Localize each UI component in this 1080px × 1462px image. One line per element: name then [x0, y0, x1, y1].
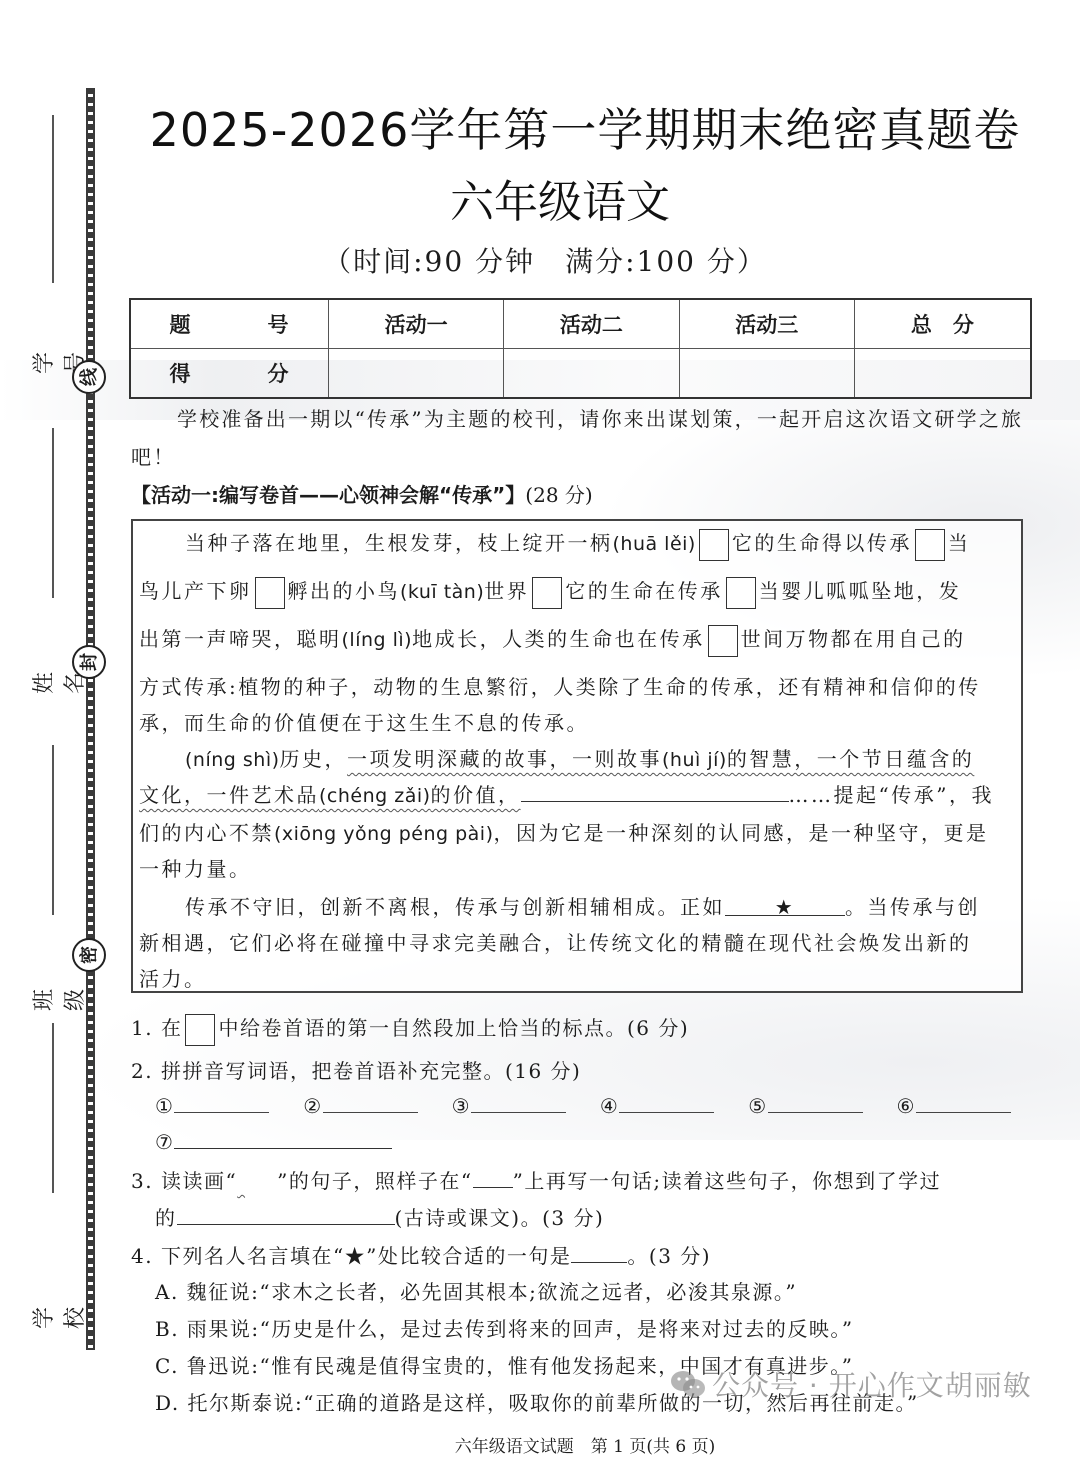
answer-slot[interactable]: ②: [303, 1094, 417, 1118]
pinyin: (níng shì): [185, 749, 280, 771]
text: 。(3 分): [627, 1244, 711, 1268]
question-1: 1. 在中给卷首语的第一自然段加上恰当的标点。(6 分): [131, 1012, 689, 1046]
passage-line: 方式传承:植物的种子，动物的生息繁衍，人类除了生命的传承，还有精神和信仰的传: [139, 671, 981, 700]
activity-points: (28 分): [525, 483, 592, 507]
passage-line: 传承不守旧，创新不离根，传承与创新相辅相成。正如★。当传承与创: [139, 891, 980, 920]
star-icon: ★: [775, 895, 795, 919]
column-header: 活动二: [504, 299, 679, 349]
column-header: 活动三: [679, 299, 854, 349]
wavy-underlined-text: 的智慧，一个节日蕴含的: [727, 747, 975, 771]
passage-line: (níng shì)历史，一项发明深藏的故事，一则故事(huì jí)的智慧，一…: [139, 743, 974, 772]
passage-line: 文化，一件艺术品(chéng zǎi)的价值，……提起“传承”，我: [139, 779, 994, 808]
punctuation-box[interactable]: [699, 529, 729, 561]
text: 们的内心不禁: [139, 821, 274, 845]
table-row: 题 号 活动一 活动二 活动三 总 分: [130, 299, 1031, 349]
row-label: 题 号: [130, 299, 329, 349]
answer-slot[interactable]: ⑦: [155, 1128, 392, 1154]
field-class: 班 级: [27, 963, 89, 1023]
wavy-sample: [237, 1169, 277, 1193]
passage-line: 活力。: [139, 963, 207, 992]
passage-box: 当种子落在地里，生根发芽，枝上绽开一柄(huā lěi)它的生命得以传承当 鸟儿…: [131, 519, 1023, 993]
answer-slot[interactable]: ⑥: [896, 1094, 1010, 1118]
answer-slot[interactable]: ⑤: [748, 1094, 862, 1118]
text: ……提起“传承”，我: [789, 783, 994, 807]
text: 3. 读读画“: [131, 1169, 237, 1193]
passage-line: 当种子落在地里，生根发芽，枝上绽开一柄(huā lěi)它的生命得以传承当: [139, 527, 970, 561]
answer-line: [52, 428, 54, 598]
answer-line[interactable]: [177, 1204, 395, 1225]
text: 1. 在: [131, 1016, 182, 1040]
text: 的: [155, 1206, 177, 1230]
slot-number: ③: [452, 1094, 471, 1118]
seal-line: 线: [72, 360, 106, 394]
text: 历史，: [280, 747, 348, 771]
seal-secret: 密: [72, 938, 106, 972]
text: 当: [948, 531, 971, 555]
text: ，因为它是一种深刻的认同感，是一种坚守，更是: [494, 821, 989, 845]
wavy-underlined-text: 文化，一件艺术品: [139, 783, 319, 807]
pinyin: (kuī tàn): [400, 581, 484, 603]
answer-line: [52, 115, 54, 283]
slot-number: ⑤: [748, 1094, 767, 1118]
slot-number: ②: [303, 1094, 322, 1118]
punctuation-box[interactable]: [708, 625, 738, 657]
text: 它的生命得以传承: [732, 531, 912, 555]
watermark: 公众号 · 开心作文胡丽敏: [712, 1364, 1032, 1404]
punctuation-box[interactable]: [726, 577, 756, 609]
activity-heading: 【活动一:编写卷首——心领神会解“传承”】(28 分): [131, 479, 593, 508]
punctuation-box[interactable]: [532, 577, 562, 609]
passage-line: 一种力量。: [139, 853, 252, 882]
text: 当婴儿呱呱坠地，发: [759, 579, 962, 603]
quote-blank[interactable]: ★: [725, 895, 845, 916]
score-cell[interactable]: [679, 349, 854, 399]
text: 孵出的小鸟: [288, 579, 401, 603]
answer-line[interactable]: [174, 1128, 392, 1149]
row-label: 得 分: [130, 349, 329, 399]
answer-slot[interactable]: ③: [452, 1094, 566, 1118]
answer-slot[interactable]: ④: [600, 1094, 714, 1118]
page-footer: 六年级语文试题 第 1 页(共 6 页): [0, 1432, 1080, 1457]
score-cell[interactable]: [329, 349, 504, 399]
pinyin: (xiōng yǒng péng pài): [274, 823, 494, 845]
slot-number: ⑦: [155, 1130, 174, 1154]
pinyin: (chéng zǎi): [319, 785, 431, 807]
score-table: 题 号 活动一 活动二 活动三 总 分 得 分: [129, 298, 1032, 399]
column-header: 活动一: [329, 299, 504, 349]
text: 世界: [484, 579, 529, 603]
blank-sample: [473, 1167, 513, 1188]
passage-line: 们的内心不禁(xiōng yǒng péng pài)，因为它是一种深刻的认同感…: [139, 817, 989, 846]
seal-seal: 封: [72, 645, 106, 679]
passage-line: 新相遇，它们必将在碰撞中寻求完美融合，让传统文化的精髓在现代社会焕发出新的: [139, 927, 972, 956]
field-school: 学 校: [27, 1281, 89, 1341]
exam-meta: （时间:90 分钟 满分:100 分）: [130, 240, 960, 280]
question-3: 3. 读读画“ ”的句子，照样子在“”上再写一句话;读着这些句子，你想到了学过: [131, 1165, 941, 1194]
text: 4. 下列名人名言填在“★”处比较合适的一句是: [131, 1244, 571, 1268]
binding-strip: [86, 88, 95, 1350]
score-cell[interactable]: [854, 349, 1031, 399]
answer-line: [52, 1023, 54, 1193]
question-4: 4. 下列名人名言填在“★”处比较合适的一句是。(3 分): [131, 1240, 711, 1269]
text: 中给卷首语的第一自然段加上恰当的标点。(6 分): [218, 1016, 689, 1040]
slot-number: ①: [155, 1094, 174, 1118]
text: 。当传承与创: [845, 895, 980, 919]
answer-slot[interactable]: ①: [155, 1094, 269, 1118]
text: 鸟儿产下卵: [139, 579, 252, 603]
text: 传承不守旧，创新不离根，传承与创新相辅相成。正如: [185, 895, 725, 919]
passage-line: 出第一声啼哭，聪明(líng lì)地成长，人类的生命也在传承世间万物都在用自己…: [139, 623, 966, 657]
table-row: 得 分: [130, 349, 1031, 399]
slot-number: ⑥: [896, 1094, 915, 1118]
slot-number: ④: [600, 1094, 619, 1118]
box-icon: [185, 1014, 215, 1046]
text: 它的生命在传承: [565, 579, 723, 603]
wechat-icon: [668, 1368, 708, 1400]
pinyin: (huì jí): [662, 749, 727, 771]
punctuation-box[interactable]: [255, 577, 285, 609]
exam-title: 2025-2026学年第一学期期末绝密真题卷: [130, 94, 1040, 160]
wavy-underlined-text: 一项发明深藏的故事，一则故事: [347, 747, 662, 771]
passage-line: 承，而生命的价值便在于这生生不息的传承。: [139, 707, 589, 736]
text: 世间万物都在用自己的: [741, 627, 966, 651]
exam-subtitle: 六年级语文: [130, 166, 990, 230]
punctuation-box[interactable]: [915, 529, 945, 561]
option-a[interactable]: A. 魏征说:“求木之长者，必先固其根本;欲流之远者，必浚其泉源。”: [155, 1276, 797, 1305]
passage-line: 鸟儿产下卵孵出的小鸟(kuī tàn)世界它的生命在传承当婴儿呱呱坠地，发: [139, 575, 961, 609]
activity-title: 【活动一:编写卷首——心领神会解“传承”】: [131, 483, 525, 507]
text: (古诗或课文)。(3 分): [395, 1206, 605, 1230]
column-header: 总 分: [854, 299, 1031, 349]
text: 出第一声啼哭，聪明: [139, 627, 342, 651]
answer-line[interactable]: [571, 1242, 627, 1263]
wavy-underlined-text: 的价值，: [431, 783, 521, 807]
answer-slots: ① ② ③ ④ ⑤ ⑥: [155, 1094, 1037, 1118]
answer-line: [52, 745, 54, 915]
pinyin: (líng lì): [342, 629, 413, 651]
pinyin: (huā lěi): [613, 533, 696, 555]
option-b[interactable]: B. 雨果说:“历史是什么，是过去传到将来的回声，是将来对过去的反映。”: [155, 1313, 854, 1342]
question-2: 2. 拼拼音写词语，把卷首语补充完整。(16 分): [131, 1055, 581, 1084]
score-cell[interactable]: [504, 349, 679, 399]
question-3-cont: 的(古诗或课文)。(3 分): [155, 1202, 604, 1231]
text: 地成长，人类的生命也在传承: [412, 627, 705, 651]
text: 当种子落在地里，生根发芽，枝上绽开一柄: [185, 531, 613, 555]
text: ”上再写一句话;读着这些句子，你想到了学过: [513, 1169, 941, 1193]
text: ”的句子，照样子在“: [277, 1169, 472, 1193]
intro-paragraph: 学校准备出一期以“传承”为主题的校刊，请你来出谋划策，一起开启这次语文研学之旅吧…: [131, 400, 1031, 476]
sentence-blank[interactable]: [521, 781, 789, 802]
